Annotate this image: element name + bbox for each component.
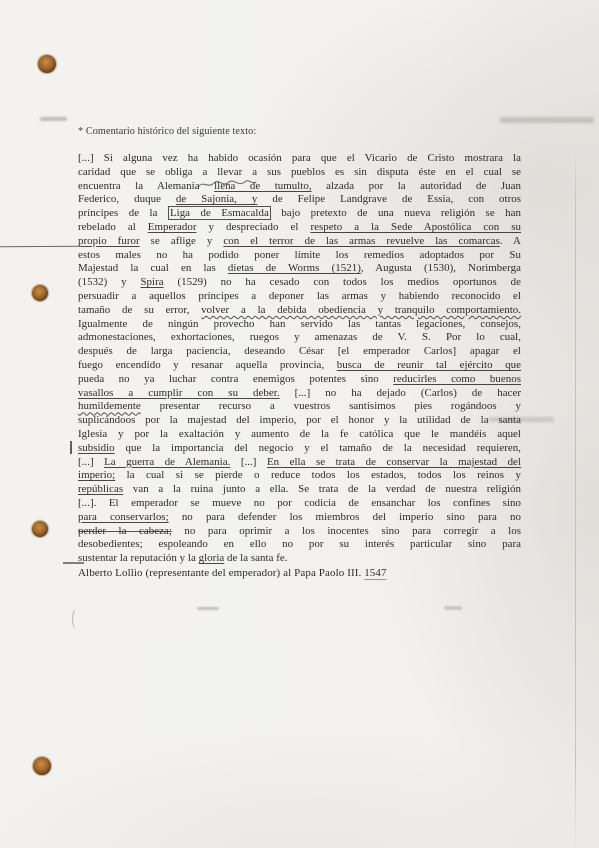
text-line: príncipes de la Liga de Esmacalda bajo p…: [78, 207, 521, 221]
text-segment: pueda no ya luchar contra enemigos poten…: [78, 373, 393, 385]
text-segment: persuadir a aquellos príncipes a deponer…: [78, 290, 521, 302]
text-segment: , Augusta (1530), Norimberga: [361, 262, 521, 274]
text-segment: de Felipe Landgrave de Essia, con otros: [257, 193, 521, 205]
text-segment: sustentar la reputación y la: [78, 552, 199, 564]
attribution-text: Alberto Lollio (representante del empera…: [78, 567, 364, 579]
text-line: rebelado al Emperador y despreciado el r…: [78, 221, 521, 235]
text-line: admonestaciones, exhortaciones, ruegos y…: [78, 331, 521, 345]
text-line: imperio; la cual si se pierde o reduce t…: [78, 469, 521, 483]
text-segment: no para oprimir a los inocentes sino par…: [172, 525, 521, 537]
text-segment: bajo pretexto de una nueva religión se h…: [271, 207, 521, 219]
text-line: desobedientes; espoleando en ello no por…: [78, 538, 521, 552]
text-line: humildemente presentar recurso a vuestro…: [78, 400, 521, 414]
text-segment: vasallos a cumplir con su deber.: [78, 387, 280, 399]
text-line: suplicándoos por la majestad del imperio…: [78, 414, 521, 428]
binder-hole: [32, 285, 48, 301]
margin-bar-mark: [70, 441, 72, 454]
text-line: encuentra la Alemania llena de tumulto, …: [78, 180, 521, 194]
scan-page: * Comentario histórico del siguiente tex…: [0, 0, 599, 848]
attribution-year: 1547: [364, 567, 386, 579]
binder-hole: [32, 521, 48, 537]
text-line: [...] Si alguna vez ha habido ocasión pa…: [78, 152, 521, 166]
text-line: repúblicas van a la ruina junto a ella. …: [78, 483, 521, 497]
text-line: Igualmente de ningún provecho han servid…: [78, 318, 521, 332]
text-segment: para conservarlos;: [78, 511, 169, 523]
text-segment: humildemente: [78, 400, 141, 412]
smudge-mark: [444, 606, 462, 610]
text-segment: (1529) no ha cesado con todos los medios…: [164, 276, 521, 288]
text-segment: [...]. El emperador se mueve no por codi…: [78, 497, 521, 509]
attribution-line: Alberto Lollio (representante del empera…: [78, 567, 387, 579]
margin-dash-mark: [63, 562, 84, 564]
text-segment: fuego encendido y resanar aquella provin…: [78, 359, 337, 371]
text-line: para conservarlos; no para defender los …: [78, 511, 521, 525]
handwritten-scribble-icon: [196, 177, 258, 191]
text-segment: suplicándoos por la majestad del imperio…: [78, 414, 521, 426]
text-segment: con el terror de las armas revuelve las …: [223, 235, 500, 247]
text-segment: no para defender los miembros del imperi…: [169, 511, 521, 523]
text-segment: Majestad la cual en las: [78, 262, 228, 274]
text-segment: la cual si se pierde o reduce todos los …: [115, 469, 521, 481]
text-segment: [...] Si alguna vez ha habido ocasión pa…: [78, 152, 521, 164]
text-segment: Iglesia y por la exaltación y aumento de…: [78, 428, 521, 440]
page-fold-line: [575, 145, 576, 848]
text-segment: caridad que se obliga a llevar a sus pue…: [78, 166, 521, 178]
text-segment: rebelado al: [78, 221, 148, 233]
text-segment: respeto a la Sede Apostólica con su: [310, 221, 521, 233]
text-segment: En ella se trata de conservar la majesta…: [267, 456, 521, 468]
text-segment: van a la ruina junto a ella. Se trata de…: [123, 483, 521, 495]
text-line: perder la cabeza; no para oprimir a los …: [78, 525, 521, 539]
text-segment: después de larga paciencia, deseando Cés…: [78, 345, 521, 357]
text-segment: busca de reunir tal ejército que: [337, 359, 521, 371]
margin-underline-mark: [0, 246, 82, 248]
text-segment: [...]: [230, 456, 267, 468]
text-line: después de larga paciencia, deseando Cés…: [78, 345, 521, 359]
text-segment: Emperador: [148, 221, 197, 233]
binder-hole: [33, 757, 51, 775]
text-line: vasallos a cumplir con su deber. [...] n…: [78, 387, 521, 401]
text-segment: estos males no ha podido poner límite lo…: [78, 249, 521, 261]
text-segment: imperio;: [78, 469, 115, 481]
text-segment: de Sajonia, y: [176, 193, 257, 205]
text-segment: gloria: [199, 552, 225, 564]
text-segment: Spira: [140, 276, 163, 288]
text-line: sustentar la reputación y la gloria de l…: [78, 552, 521, 566]
text-line: Iglesia y por la exaltación y aumento de…: [78, 428, 521, 442]
text-line: subsidio que la importancia del negocio …: [78, 442, 521, 456]
text-segment: alzada por la autoridad de Juan: [312, 180, 521, 192]
text-segment: . A: [500, 235, 521, 247]
text-segment: [...] no ha dejado (Carlos) de hacer: [280, 387, 521, 399]
text-segment: desobedientes; espoleando en ello no por…: [78, 538, 521, 550]
text-line: [...]. El emperador se mueve no por codi…: [78, 497, 521, 511]
text-segment: volver a la debida obediencia y tranquil…: [201, 304, 521, 316]
smudge-mark: [500, 117, 594, 123]
text-line: pueda no ya luchar contra enemigos poten…: [78, 373, 521, 387]
text-segment: presentar recurso a vuestros santísimos …: [141, 400, 521, 412]
text-segment: propio furor: [78, 235, 140, 247]
text-segment: Liga de Esmacalda: [168, 206, 271, 220]
text-segment: [...]: [78, 456, 104, 468]
text-segment: y despreciado el: [197, 221, 311, 233]
text-segment: se aflige y: [140, 235, 224, 247]
text-segment: Federico, duque: [78, 193, 176, 205]
smudge-mark: [197, 607, 219, 610]
text-segment: de la santa fe.: [224, 552, 287, 564]
text-line: (1532) y Spira (1529) no ha cesado con t…: [78, 276, 521, 290]
text-line: propio furor se aflige y con el terror d…: [78, 235, 521, 249]
text-line: [...] La guerra de Alemania. [...] En el…: [78, 456, 521, 470]
text-segment: La guerra de Alemania.: [104, 456, 230, 468]
text-line: fuego encendido y resanar aquella provin…: [78, 359, 521, 373]
document-text: [...] Si alguna vez ha habido ocasión pa…: [78, 152, 521, 566]
text-line: estos males no ha podido poner límite lo…: [78, 249, 521, 263]
text-segment: dietas de Worms (1521): [228, 262, 361, 274]
text-segment: perder la cabeza;: [78, 525, 172, 537]
pencil-paren-mark: [72, 608, 83, 630]
text-line: caridad que se obliga a llevar a sus pue…: [78, 166, 521, 180]
text-segment: reducirles como buenos: [393, 373, 521, 385]
binder-hole: [38, 55, 56, 73]
annotation-header: * Comentario histórico del siguiente tex…: [78, 126, 256, 137]
text-segment: admonestaciones, exhortaciones, ruegos y…: [78, 331, 521, 343]
smudge-mark: [40, 117, 67, 121]
text-segment: encuentra la Alemania: [78, 180, 214, 192]
text-segment: príncipes de la: [78, 207, 168, 219]
text-segment: subsidio: [78, 442, 115, 454]
text-segment: (1532) y: [78, 276, 140, 288]
text-segment: Igualmente de ningún provecho han servid…: [78, 318, 521, 330]
text-segment: tamaño de su error,: [78, 304, 201, 316]
text-segment: repúblicas: [78, 483, 123, 495]
text-line: Federico, duque de Sajonia, y de Felipe …: [78, 193, 521, 207]
text-line: Majestad la cual en las dietas de Worms …: [78, 262, 521, 276]
text-line: tamaño de su error, volver a la debida o…: [78, 304, 521, 318]
text-segment: que la importancia del negocio y el tama…: [115, 442, 521, 454]
text-line: persuadir a aquellos príncipes a deponer…: [78, 290, 521, 304]
